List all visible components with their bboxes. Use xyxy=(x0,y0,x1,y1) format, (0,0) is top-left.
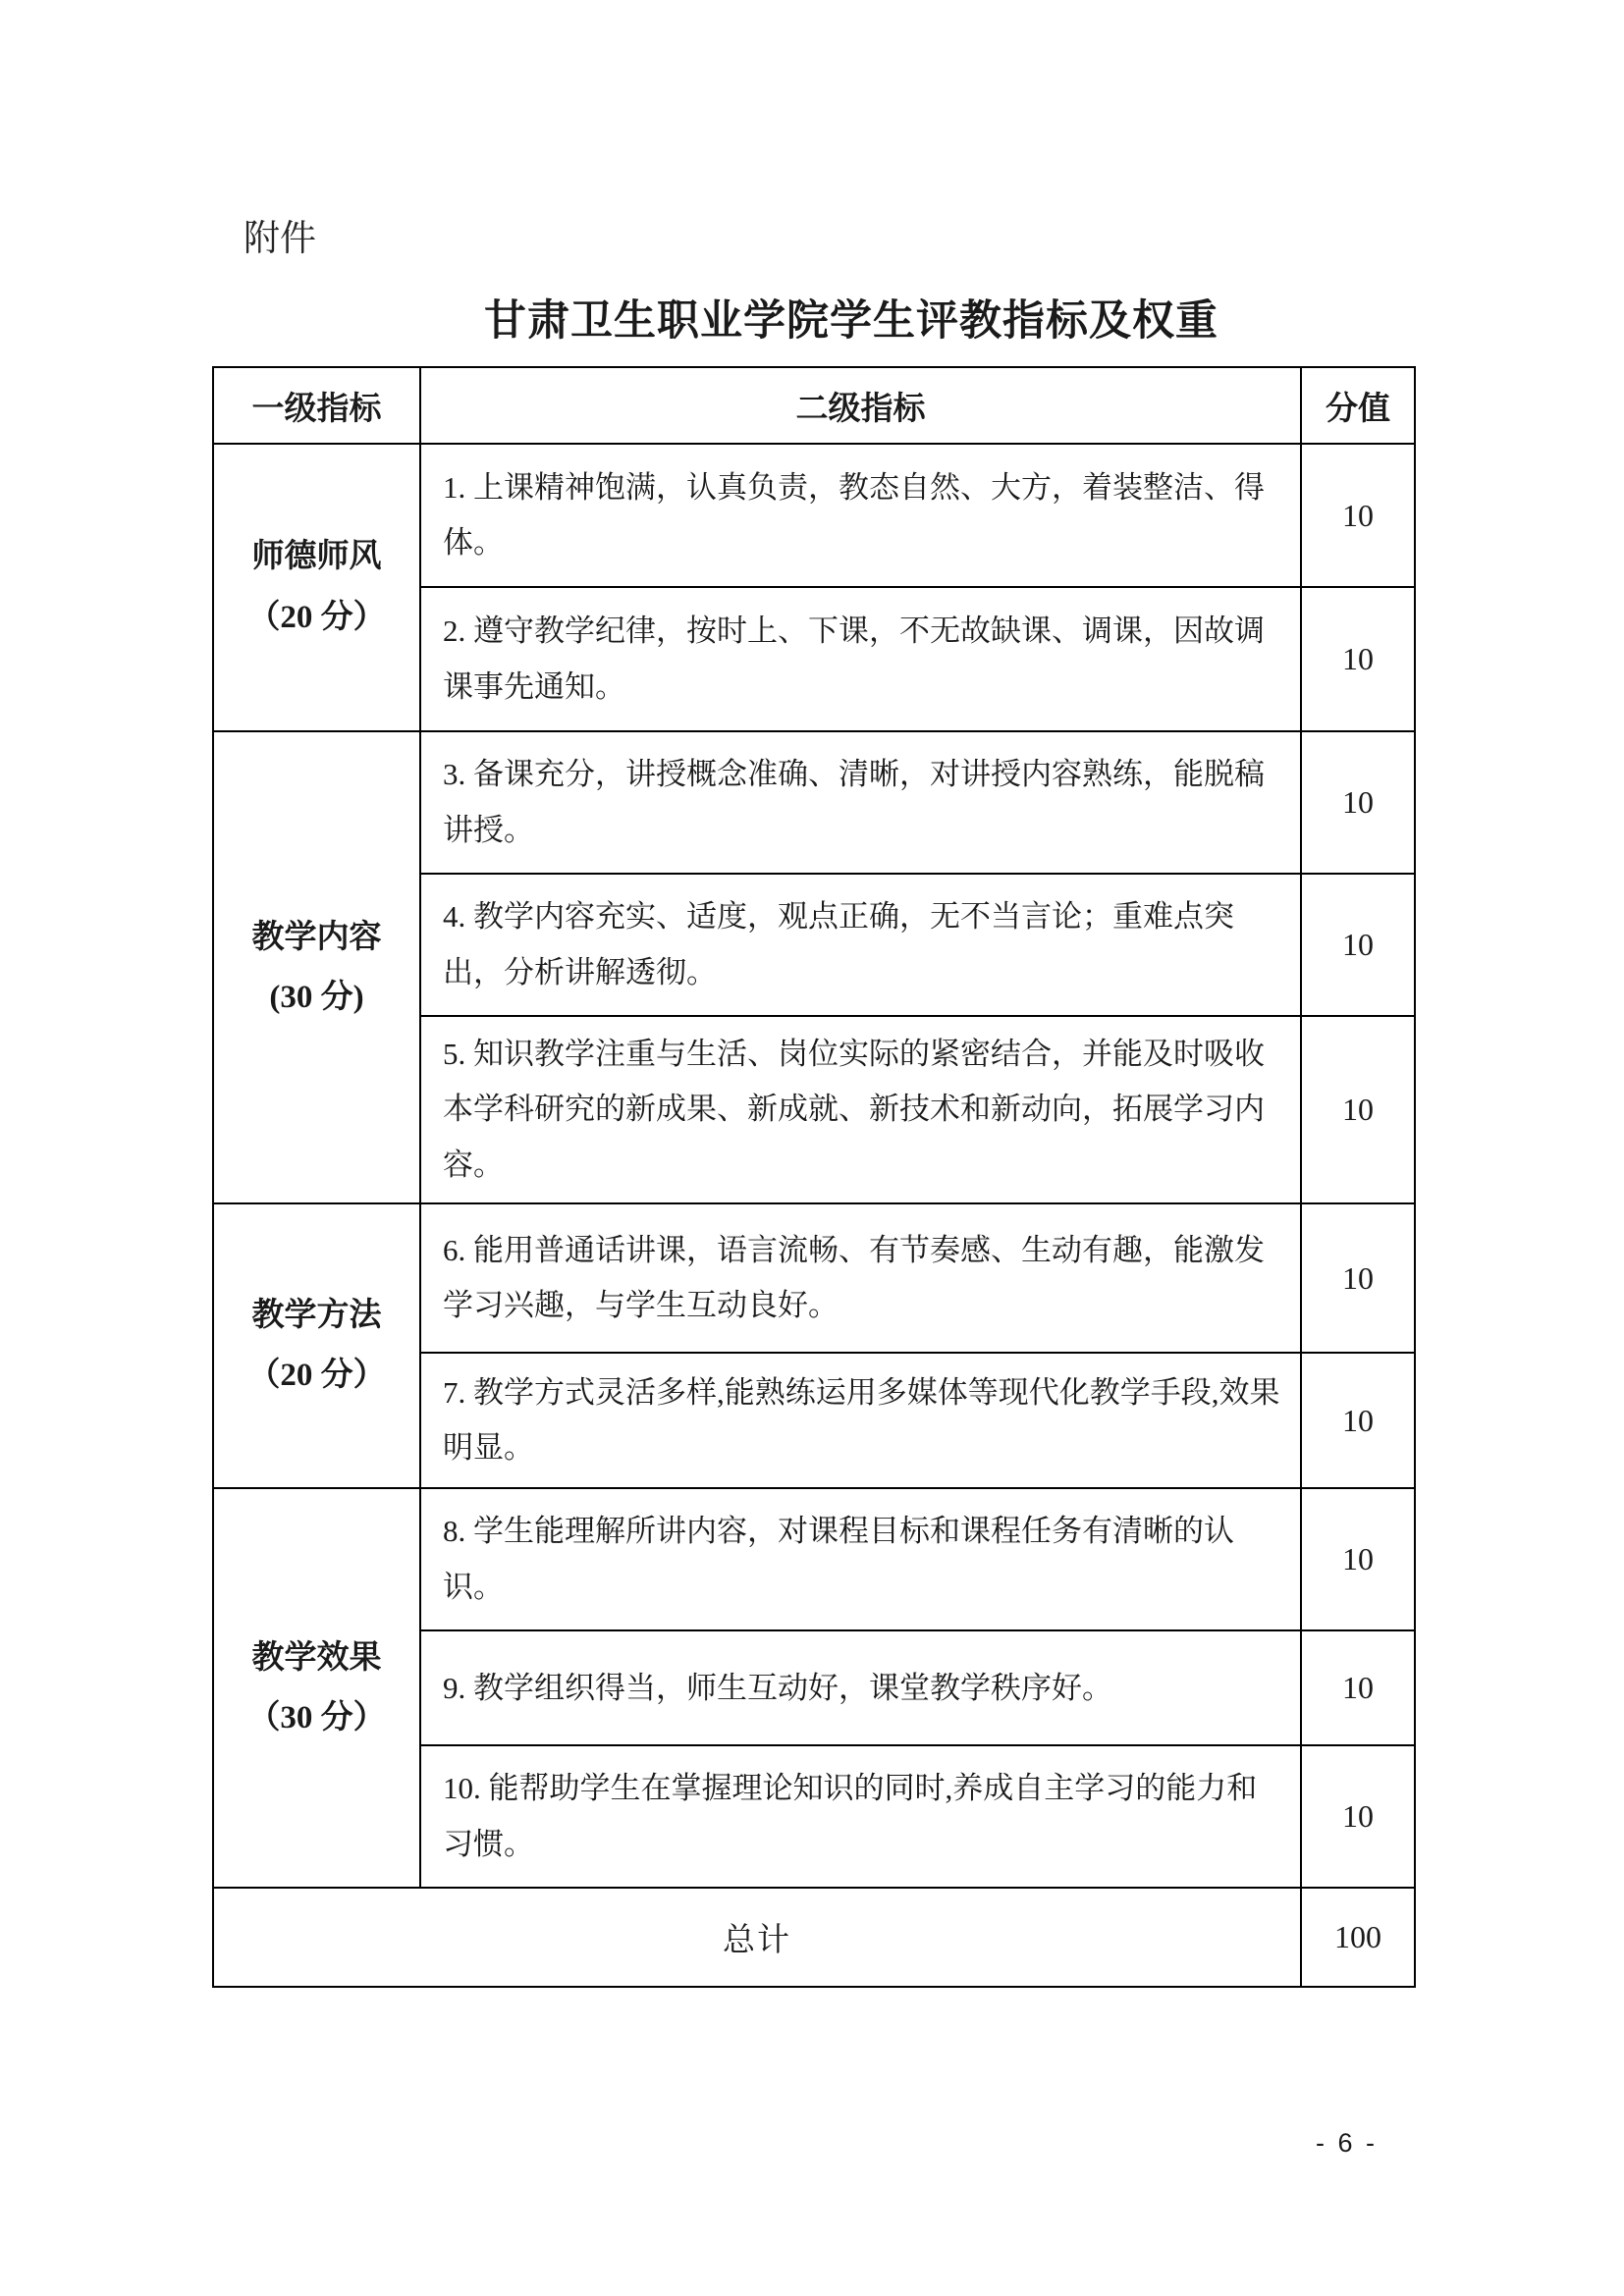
criterion-5: 5. 知识教学注重与生活、岗位实际的紧密结合，并能及时吸收本学科研究的新成果、新… xyxy=(420,1016,1301,1203)
category-name: 教学方法 xyxy=(218,1286,415,1346)
document-title: 甘肃卫生职业学院学生评教指标及权重 xyxy=(484,288,1218,347)
score-7: 10 xyxy=(1301,1353,1415,1488)
score-9: 10 xyxy=(1301,1630,1415,1745)
score-3: 10 xyxy=(1301,731,1415,874)
table-header-row: 一级指标 二级指标 分值 xyxy=(213,367,1415,444)
criterion-9: 9. 教学组织得当，师生互动好，课堂教学秩序好。 xyxy=(420,1630,1301,1745)
score-1: 10 xyxy=(1301,444,1415,587)
header-level2-indicator: 二级指标 xyxy=(420,367,1301,444)
criterion-7: 7. 教学方式灵活多样,能熟练运用多媒体等现代化教学手段,效果明显。 xyxy=(420,1353,1301,1488)
category-name: 教学效果 xyxy=(218,1629,415,1688)
total-label: 总计 xyxy=(213,1888,1301,1987)
criterion-8: 8. 学生能理解所讲内容，对课程目标和课程任务有清晰的认识。 xyxy=(420,1488,1301,1630)
document-page: 附件 甘肃卫生职业学院学生评教指标及权重 一级指标 二级指标 分值 师德师风 （… xyxy=(0,0,1624,2296)
attachment-label: 附件 xyxy=(244,208,316,261)
criterion-2: 2. 遵守教学纪律，按时上、下课，不无故缺课、调课，因故调课事先通知。 xyxy=(420,587,1301,731)
category-cell-jiaoxue-fangfa: 教学方法 （20 分） xyxy=(213,1203,420,1488)
evaluation-table: 一级指标 二级指标 分值 师德师风 （20 分） 1. 上课精神饱满，认真负责，… xyxy=(212,366,1416,1988)
table-row: 教学内容 (30 分) 3. 备课充分，讲授概念准确、清晰，对讲授内容熟练，能脱… xyxy=(213,731,1415,874)
score-6: 10 xyxy=(1301,1203,1415,1353)
criterion-4: 4. 教学内容充实、适度，观点正确，无不当言论；重难点突出，分析讲解透彻。 xyxy=(420,874,1301,1016)
category-cell-jiaoxue-xiaoguo: 教学效果 （30 分） xyxy=(213,1488,420,1888)
criterion-1: 1. 上课精神饱满，认真负责，教态自然、大方，着装整洁、得体。 xyxy=(420,444,1301,587)
score-4: 10 xyxy=(1301,874,1415,1016)
table-row: 教学方法 （20 分） 6. 能用普通话讲课，语言流畅、有节奏感、生动有趣，能激… xyxy=(213,1203,1415,1353)
total-score: 100 xyxy=(1301,1888,1415,1987)
header-level1-indicator: 一级指标 xyxy=(213,367,420,444)
header-score: 分值 xyxy=(1301,367,1415,444)
category-weight: （30 分） xyxy=(218,1688,415,1748)
criterion-10: 10. 能帮助学生在掌握理论知识的同时,养成自主学习的能力和习惯。 xyxy=(420,1745,1301,1888)
table-row: 教学效果 （30 分） 8. 学生能理解所讲内容，对课程目标和课程任务有清晰的认… xyxy=(213,1488,1415,1630)
table-total-row: 总计 100 xyxy=(213,1888,1415,1987)
category-name: 教学内容 xyxy=(218,908,415,968)
criterion-6: 6. 能用普通话讲课，语言流畅、有节奏感、生动有趣，能激发学习兴趣，与学生互动良… xyxy=(420,1203,1301,1353)
category-cell-shide-shifeng: 师德师风 （20 分） xyxy=(213,444,420,731)
criterion-3: 3. 备课充分，讲授概念准确、清晰，对讲授内容熟练，能脱稿讲授。 xyxy=(420,731,1301,874)
score-8: 10 xyxy=(1301,1488,1415,1630)
table-row: 师德师风 （20 分） 1. 上课精神饱满，认真负责，教态自然、大方，着装整洁、… xyxy=(213,444,1415,587)
score-2: 10 xyxy=(1301,587,1415,731)
page-number: - 6 - xyxy=(1316,2128,1378,2159)
category-cell-jiaoxue-neirong: 教学内容 (30 分) xyxy=(213,731,420,1203)
category-weight: （20 分） xyxy=(218,588,415,648)
category-weight: （20 分） xyxy=(218,1346,415,1406)
score-5: 10 xyxy=(1301,1016,1415,1203)
score-10: 10 xyxy=(1301,1745,1415,1888)
category-weight: (30 分) xyxy=(218,968,415,1028)
category-name: 师德师风 xyxy=(218,527,415,587)
